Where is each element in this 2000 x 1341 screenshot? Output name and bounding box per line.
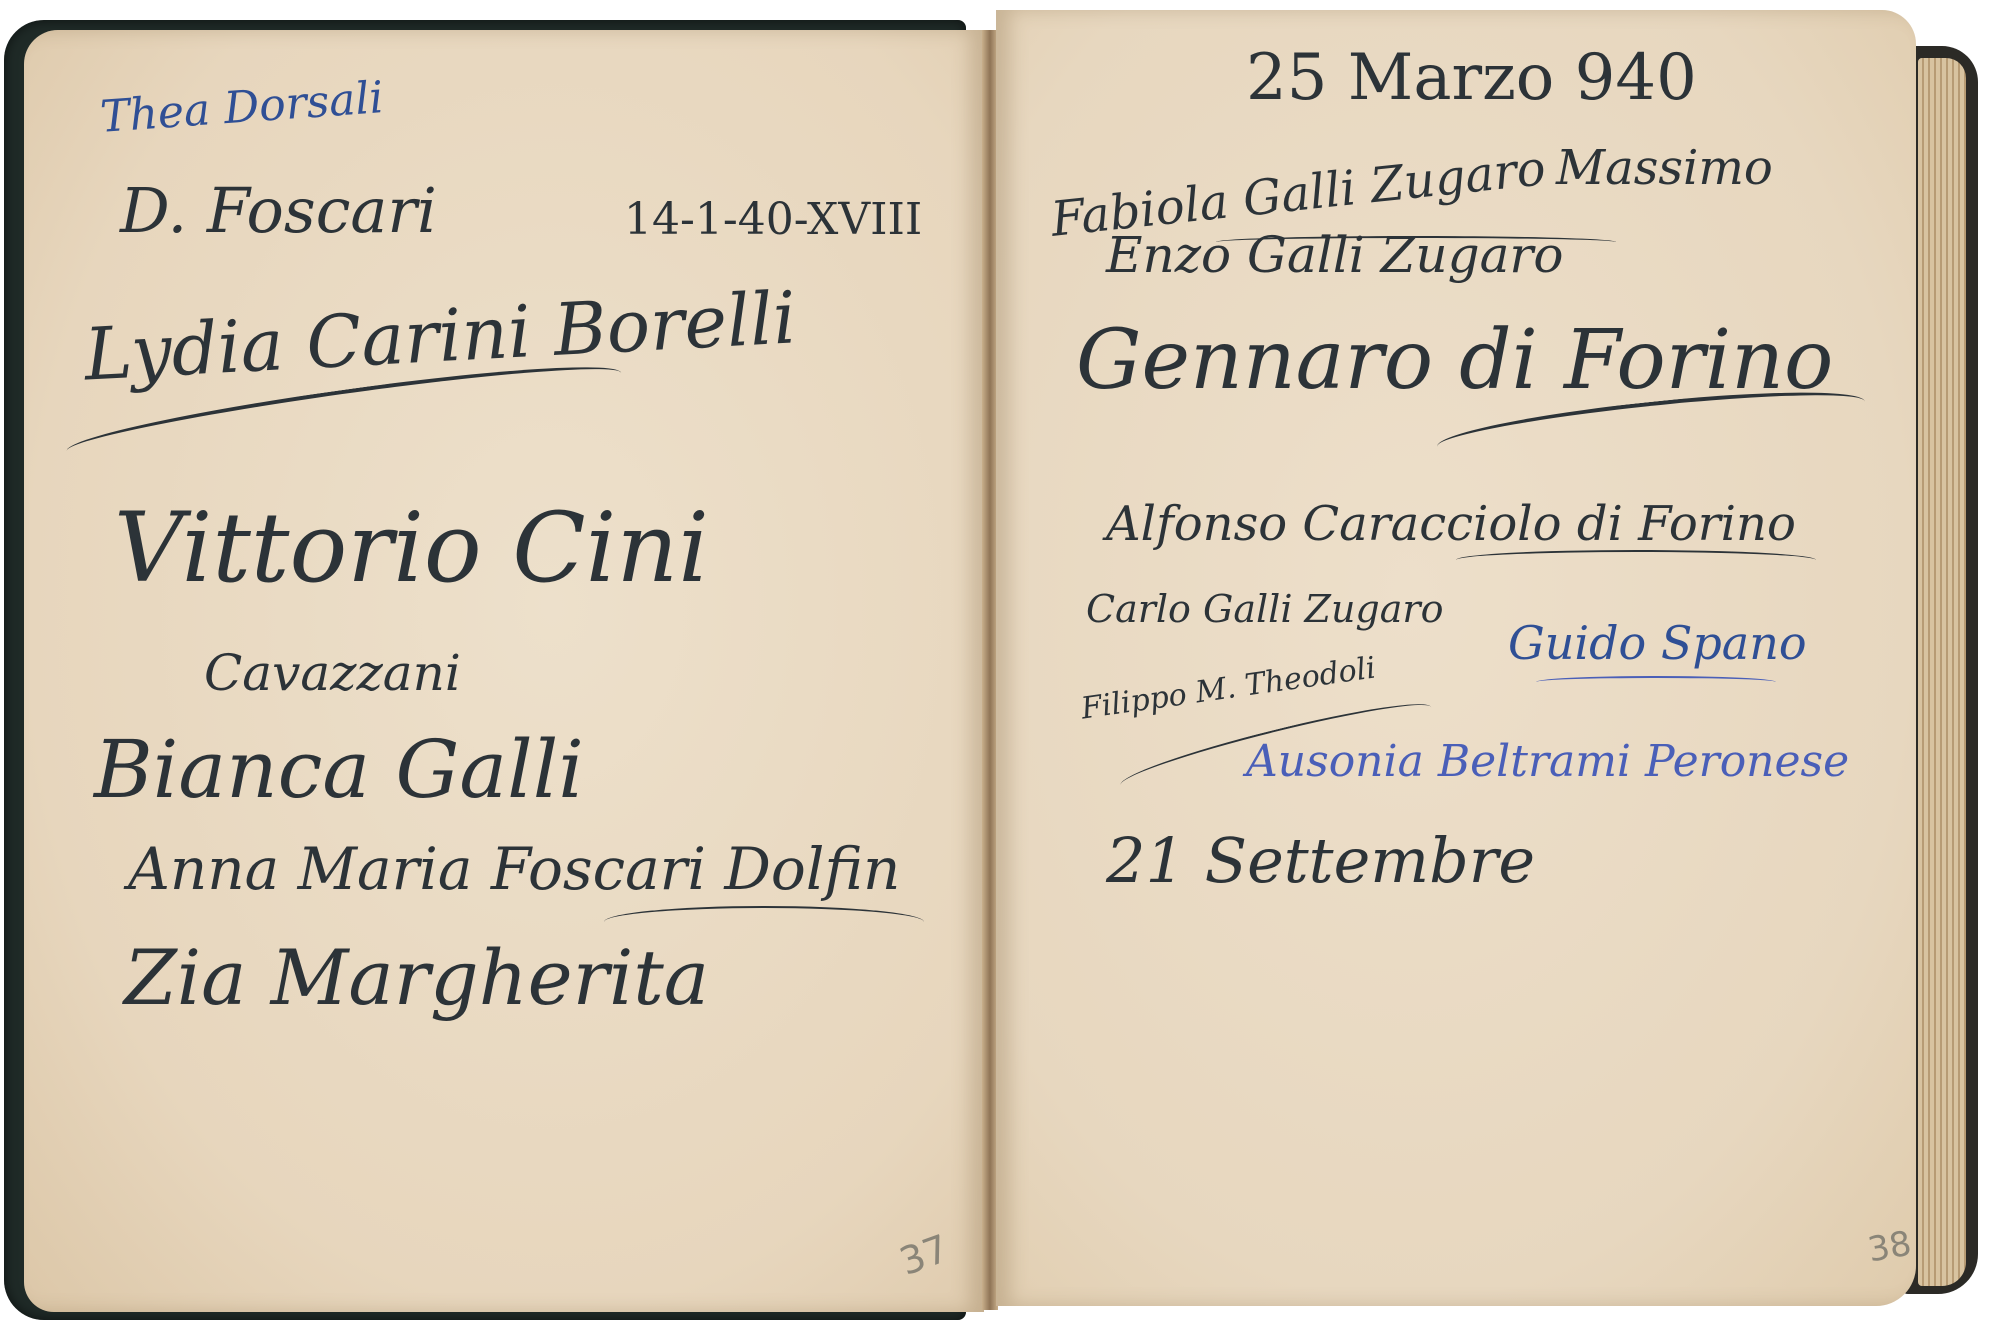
signature: Zia Margherita — [124, 940, 709, 1016]
signature: Gennaro di Forino — [1076, 320, 1833, 402]
signature: D. Foscari — [120, 180, 437, 242]
signature: Guido Spano — [1508, 620, 1807, 666]
underline-flourish — [1216, 236, 1616, 248]
signature: Cavazzani — [204, 648, 461, 698]
signature: Thea Dorsali — [99, 76, 385, 140]
right-page: 25 Marzo 940 Fabiola Galli Zugaro Massim… — [996, 10, 1916, 1306]
left-page: Thea Dorsali D. Foscari 14-1-40-XVIII Ly… — [24, 30, 984, 1312]
signature: Bianca Galli — [94, 730, 584, 810]
date-entry: 25 Marzo 940 — [1246, 46, 1697, 110]
signature: Alfonso Caracciolo di Forino — [1106, 500, 1796, 548]
page-edges — [1918, 58, 1966, 1286]
underline-flourish — [1456, 550, 1816, 570]
signature: Ausonia Beltrami Peronese — [1246, 740, 1849, 784]
signature: Lydia Carini Borelli — [83, 281, 798, 390]
signature: Massimo — [1556, 144, 1773, 192]
date-entry: 21 Settembre — [1106, 830, 1535, 892]
signature: Vittorio Cini — [114, 500, 709, 596]
page-number: 38 — [1865, 1227, 1914, 1268]
date-entry: 14-1-40-XVIII — [624, 198, 922, 242]
page-number: 37 — [895, 1229, 953, 1281]
signature: Anna Maria Foscari Dolfin — [128, 840, 900, 898]
signature: Filippo M. Theodoli — [1079, 653, 1377, 724]
signature: Carlo Galli Zugaro — [1086, 590, 1443, 628]
underline-flourish — [1536, 676, 1776, 688]
